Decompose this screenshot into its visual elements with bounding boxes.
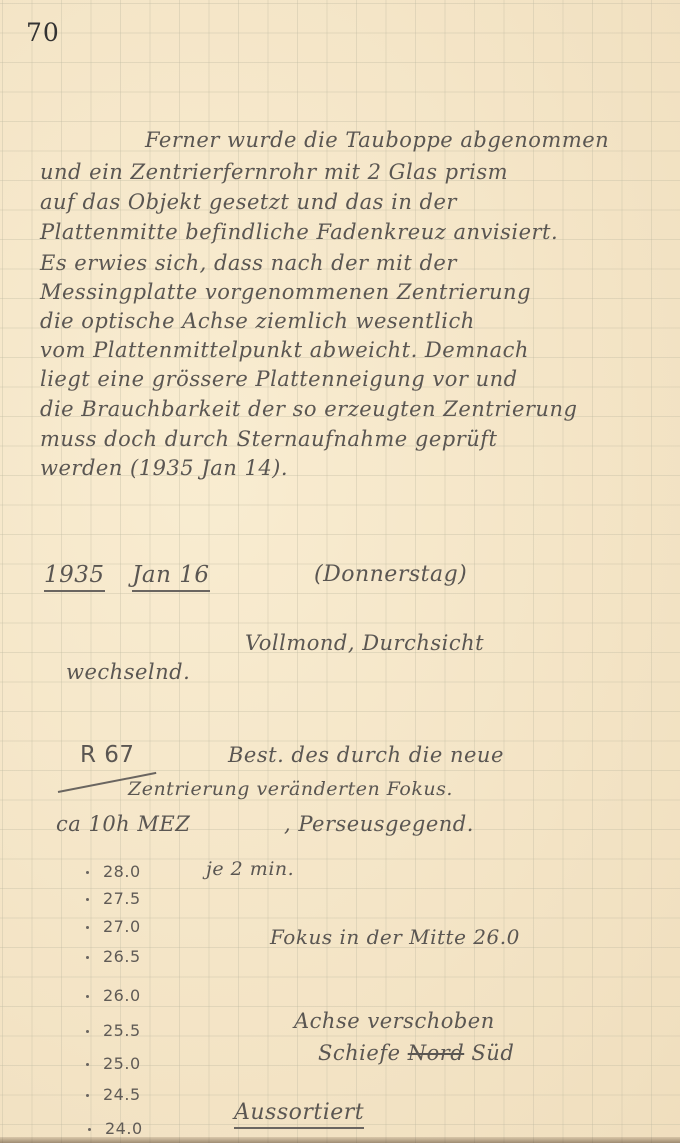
focus-value: 26.5 bbox=[86, 947, 141, 966]
page-number: 70 bbox=[26, 18, 60, 47]
paragraph-line: Ferner wurde die Tauboppe abgenommen bbox=[145, 128, 609, 152]
focus-value: 26.0 bbox=[86, 986, 141, 1005]
focus-middle-note: Fokus in der Mitte 26.0 bbox=[270, 925, 520, 949]
paragraph-line: liegt eine grössere Plattenneigung vor u… bbox=[40, 367, 518, 391]
focus-value: 27.0 bbox=[86, 917, 141, 936]
paragraph-line: die optische Achse ziemlich wesentlich bbox=[40, 309, 475, 333]
focus-value: 24.0 bbox=[88, 1119, 143, 1138]
paragraph-line: vom Plattenmittelpunkt abweicht. Demnach bbox=[40, 338, 529, 362]
plate-id: R 67 bbox=[80, 742, 135, 768]
paragraph-line: Es erwies sich, dass nach der mit der bbox=[40, 251, 457, 275]
plate-location: , Perseusgegend. bbox=[284, 812, 474, 836]
paragraph-line: Messingplatte vorgenommenen Zentrierung bbox=[40, 280, 531, 304]
focus-value: 27.5 bbox=[86, 889, 141, 908]
exposure-note: je 2 min. bbox=[206, 858, 294, 880]
focus-value: 25.0 bbox=[86, 1054, 141, 1073]
conditions-line1: Vollmond, Durchsicht bbox=[245, 631, 484, 655]
axis-note-line2: Schiefe Nord Süd bbox=[318, 1041, 514, 1065]
paragraph-line: werden (1935 Jan 14). bbox=[40, 456, 288, 480]
axis-note-line1: Achse verschoben bbox=[294, 1009, 495, 1033]
paragraph-line: und ein Zentrierfernrohr mit 2 Glas pris… bbox=[40, 160, 508, 184]
entry-year: 1935 bbox=[44, 562, 105, 592]
focus-value: 28.0 bbox=[86, 862, 141, 881]
conditions-line2: wechselnd. bbox=[66, 660, 190, 684]
notebook-page: 70 Ferner wurde die Tauboppe abgenommen … bbox=[0, 0, 680, 1143]
conclusion-note: Aussortiert bbox=[234, 1100, 364, 1125]
entry-date: 1935 Jan 16 bbox=[44, 562, 210, 588]
entry-month-day: Jan 16 bbox=[132, 562, 209, 592]
plate-description-line1: Best. des durch die neue bbox=[228, 743, 504, 767]
paragraph-line: Plattenmitte befindliche Fadenkreuz anvi… bbox=[40, 220, 558, 244]
plate-description-line2: Zentrierung veränderten Fokus. bbox=[128, 778, 453, 800]
paragraph-line: auf das Objekt gesetzt und das in der bbox=[40, 190, 457, 214]
focus-value: 25.5 bbox=[86, 1021, 141, 1040]
focus-value: 24.5 bbox=[86, 1085, 141, 1104]
entry-weekday: (Donnerstag) bbox=[314, 562, 467, 587]
paragraph-line: muss doch durch Sternaufnahme geprüft bbox=[40, 427, 498, 451]
struck-word: Nord bbox=[408, 1041, 465, 1065]
paragraph-line: die Brauchbarkeit der so erzeugten Zentr… bbox=[40, 397, 577, 421]
plate-time: ca 10h MEZ bbox=[56, 812, 190, 836]
